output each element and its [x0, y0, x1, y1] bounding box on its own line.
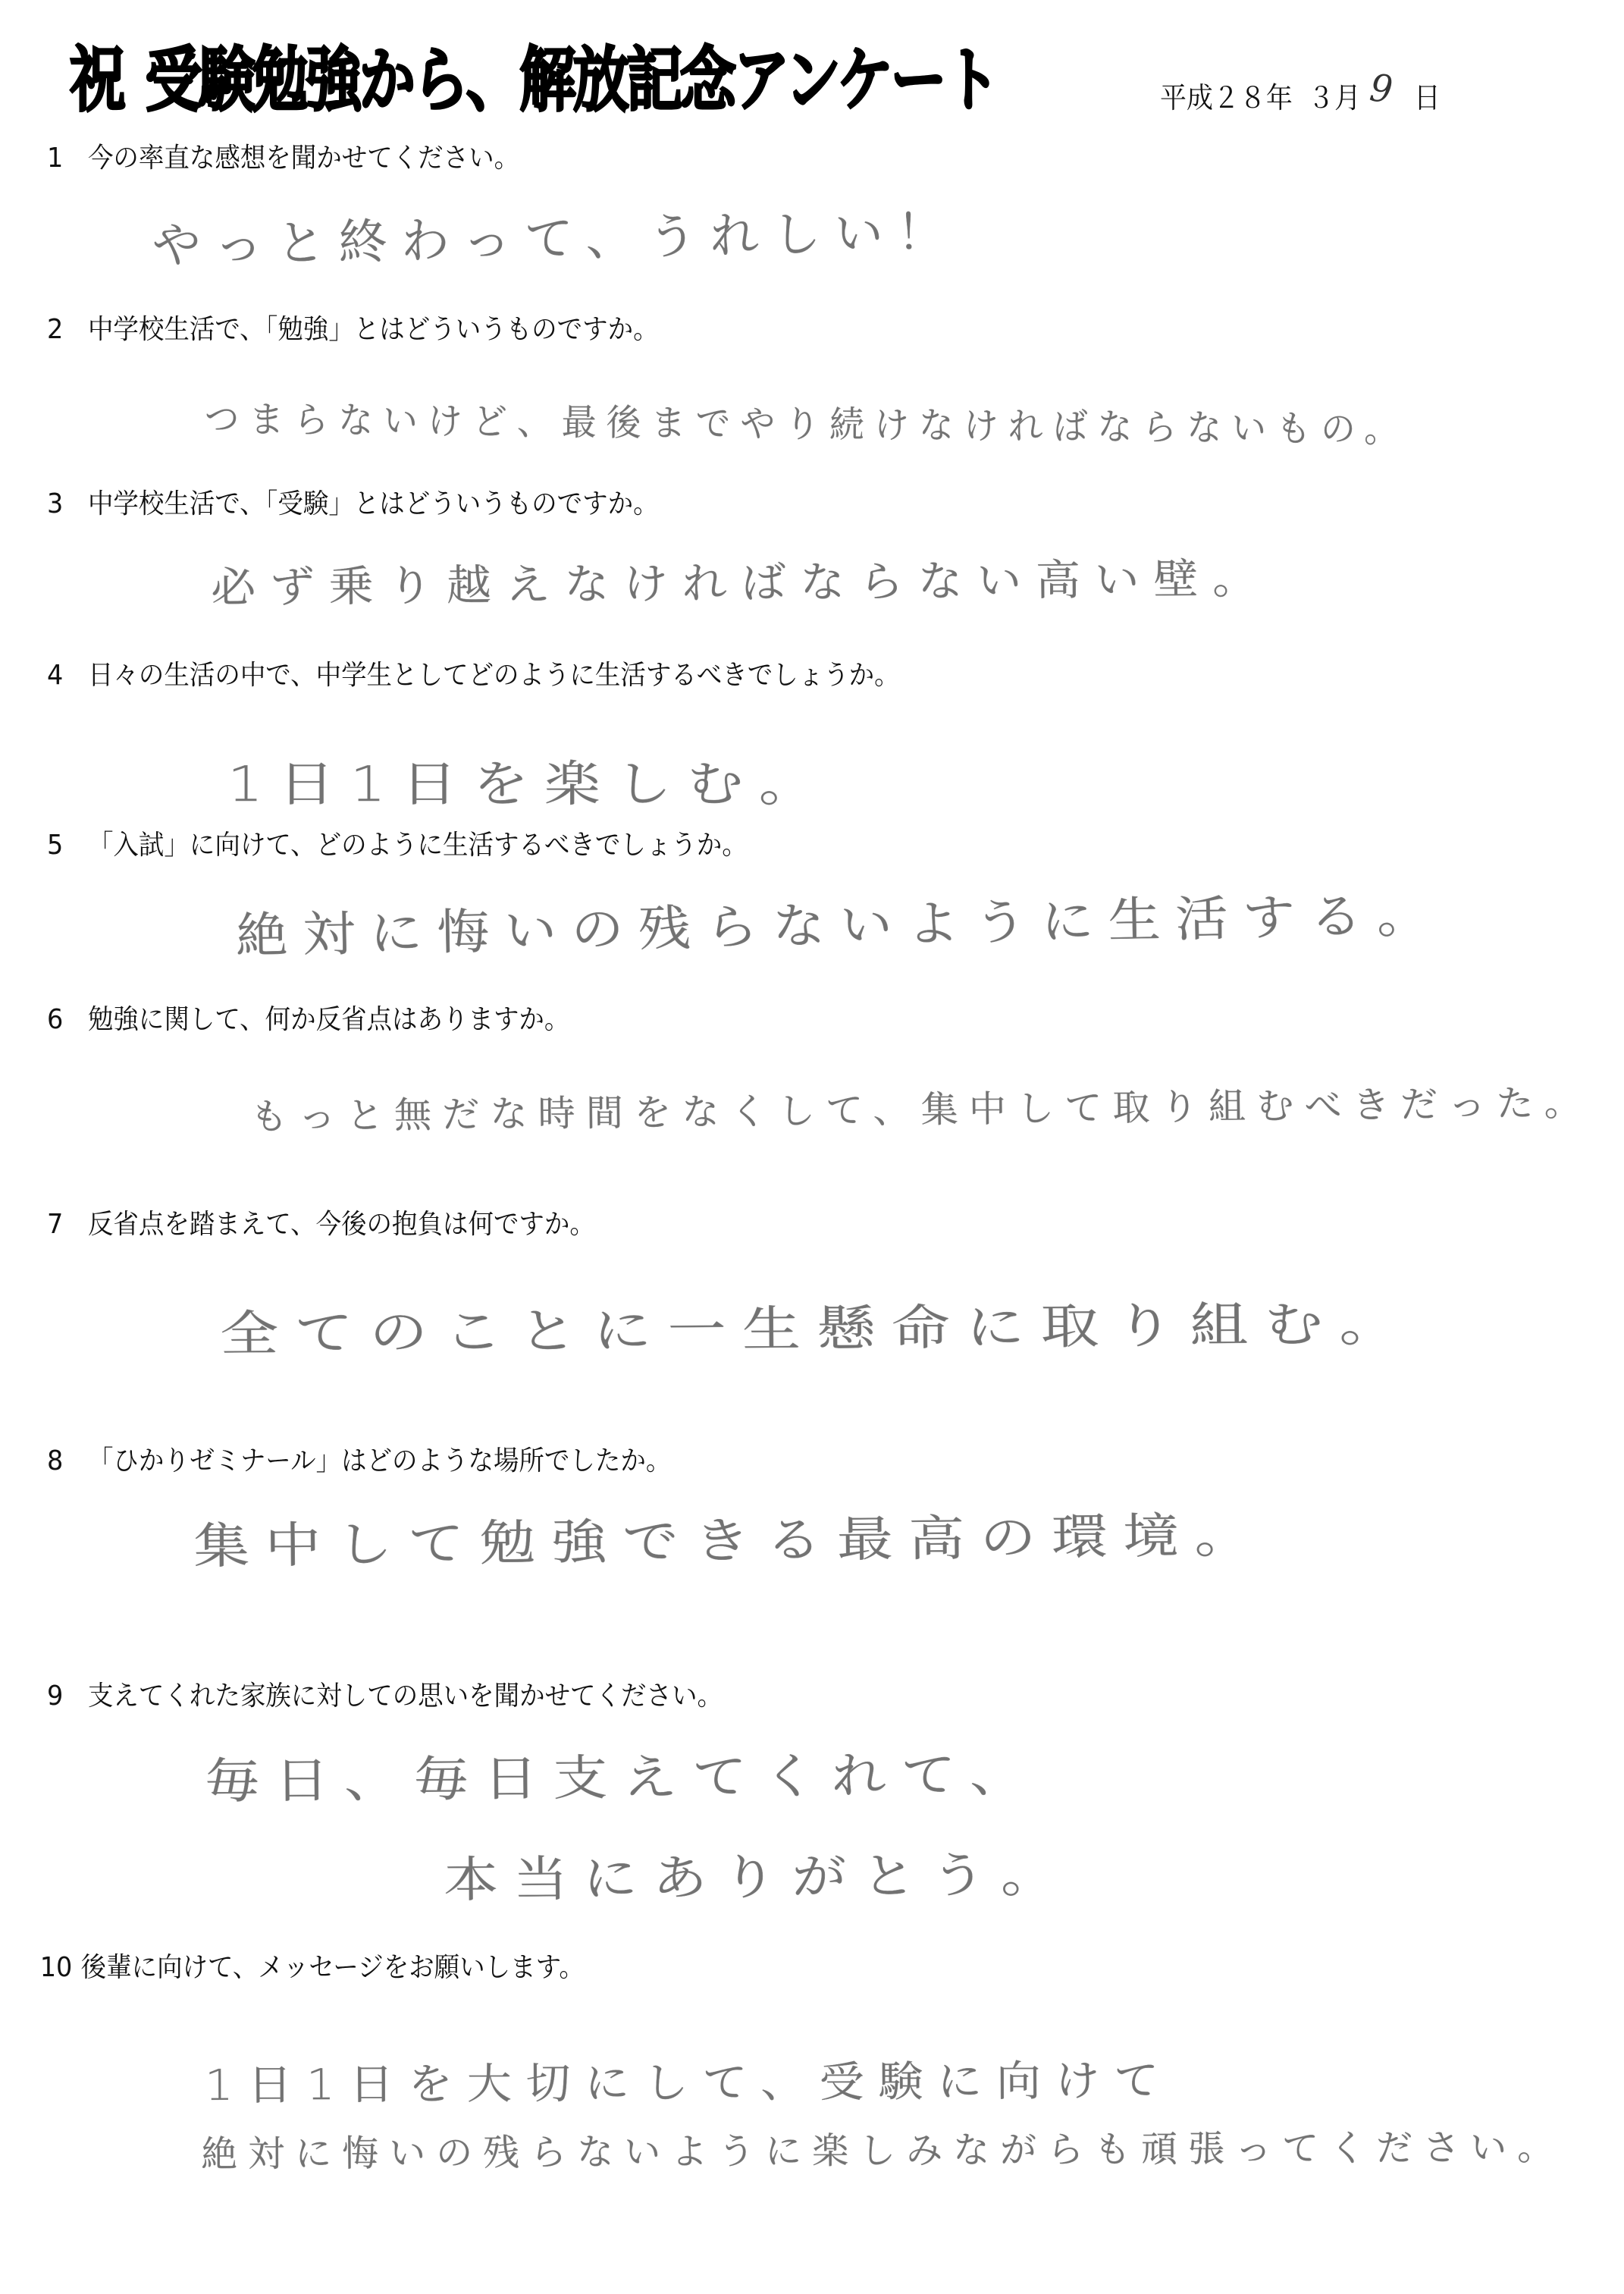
survey-sheet: 祝受験勉強から、解放記念アンケート 平成２８年３月9日 1今の率直な感想を聞かせ… [0, 0, 1624, 2294]
question-10: 10後輩に向けて、メッセージをお願いします。 [47, 1950, 585, 1985]
question-4: 4日々の生活の中で、中学生としてどのように生活するべきでしょうか。 [47, 658, 900, 693]
question-number: 6 [47, 1003, 88, 1037]
question-text: 今の率直な感想を聞かせてください。 [88, 143, 519, 174]
answer-1: やっと終わって、うれしい！ [152, 202, 959, 277]
question-6: 6勉強に関して、何か反省点はありますか。 [47, 1003, 569, 1037]
question-text: 日々の生活の中で、中学生としてどのように生活するべきでしょうか。 [88, 660, 900, 691]
question-text: 「入試」に向けて、どのように生活するべきでしょうか。 [88, 830, 748, 861]
answer-7: 全てのことに一生懸命に取り組む。 [220, 1294, 1414, 1365]
title-main: 受験勉強から、解放記念アンケート [146, 39, 998, 121]
question-number: 8 [47, 1444, 88, 1479]
question-number: 5 [47, 828, 88, 863]
question-9: 9支えてくれた家族に対しての思いを聞かせてください。 [47, 1679, 723, 1714]
answer-4: 1日1日を楽しむ。 [227, 755, 830, 815]
question-number: 10 [40, 1950, 81, 1985]
question-number: 7 [47, 1207, 88, 1242]
question-2: 2中学校生活で、「勉強」とはどういうものですか。 [47, 312, 659, 347]
answer-3: 必ず乗り越えなければならない高い壁。 [211, 552, 1271, 616]
answer-9-line-1: 毎日、毎日支えてくれて、 [205, 1744, 1039, 1812]
question-text: 支えてくれた家族に対しての思いを聞かせてください。 [88, 1680, 723, 1712]
date-era-year: 平成２８年 [1160, 81, 1293, 115]
question-1: 1今の率直な感想を聞かせてください。 [47, 141, 519, 176]
date-month: ３月 [1308, 81, 1361, 115]
question-number: 1 [47, 141, 88, 176]
question-text: 反省点を踏まえて、今後の抱負は何ですか。 [88, 1209, 595, 1240]
answer-2: つまらないけど、最後までやり続けなければならないもの。 [204, 394, 1409, 455]
survey-title: 祝受験勉強から、解放記念アンケート [70, 39, 998, 121]
question-5: 5「入試」に向けて、どのように生活するべきでしょうか。 [47, 828, 748, 863]
answer-9-line-2: 本当にありがとう。 [444, 1845, 1071, 1911]
answer-10-line-1: 1日1日を大切にして、受験に向けて [205, 2054, 1173, 2114]
question-number: 3 [47, 487, 88, 522]
question-text: 勉強に関して、何か反省点はありますか。 [88, 1004, 569, 1035]
answer-8: 集中して勉強できる最高の環境。 [193, 1505, 1266, 1577]
question-number: 2 [47, 312, 88, 347]
answer-5: 絶対に悔いの残らないように生活する。 [235, 885, 1444, 967]
title-prefix: 祝 [70, 39, 124, 121]
question-text: 中学校生活で、「勉強」とはどういうものですか。 [88, 314, 659, 345]
question-text: 「ひかりゼミナール」はどのような場所でしたか。 [88, 1445, 671, 1477]
answer-10-line-2: 絶対に悔いの残らないように楽しみながらも頑張ってください。 [201, 2123, 1564, 2179]
question-3: 3中学校生活で、「受験」とはどういうものですか。 [47, 487, 659, 522]
question-number: 4 [47, 658, 88, 693]
question-8: 8「ひかりゼミナール」はどのような場所でしたか。 [47, 1444, 671, 1479]
date-day-suffix: 日 [1414, 81, 1441, 115]
answer-6: もっと無だな時間をなくして、集中して取り組むべきだった。 [250, 1078, 1592, 1142]
question-text: 中学校生活で、「受験」とはどういうものですか。 [88, 488, 659, 519]
date-day-handwritten: 9 [1359, 67, 1403, 110]
survey-date: 平成２８年３月9日 [1160, 76, 1441, 117]
question-7: 7反省点を踏まえて、今後の抱負は何ですか。 [47, 1207, 595, 1242]
question-text: 後輩に向けて、メッセージをお願いします。 [81, 1952, 585, 1983]
question-number: 9 [47, 1679, 88, 1714]
